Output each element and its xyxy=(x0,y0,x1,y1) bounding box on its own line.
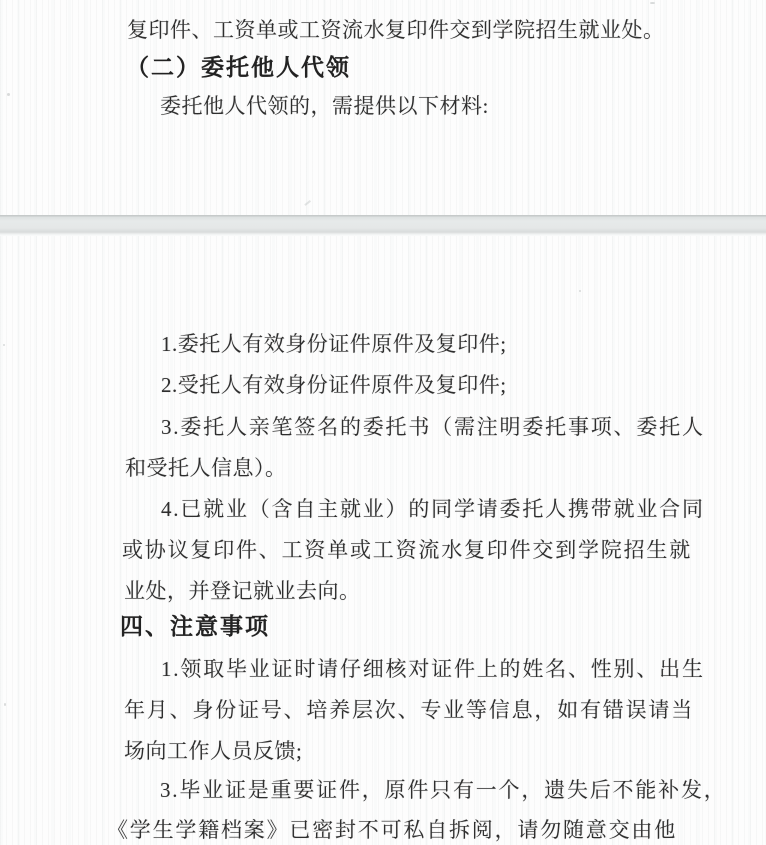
page-break-seam xyxy=(0,215,766,236)
note-1-verify-info-line-3: 场向工作人员反馈; xyxy=(124,737,302,765)
scan-artifact-speck xyxy=(579,290,581,292)
list-item-3-authorization-letter-line-1: 3.委托人亲笔签名的委托书（需注明委托事项、委托人 xyxy=(161,413,705,441)
scan-artifact-smudge xyxy=(650,2,655,4)
list-item-4-employed-students-line-2: 或协议复印件、工资单或工资流水复印件交到学院招生就 xyxy=(122,536,692,564)
note-1-verify-info-line-2: 年月、身份证号、培养层次、专业等信息，如有错误请当 xyxy=(124,696,694,724)
scan-artifact-speck xyxy=(3,344,5,346)
scan-artifact-speck xyxy=(7,93,10,96)
list-item-2-agent-id: 2.受托人有效身份证件原件及复印件; xyxy=(161,371,507,399)
scanned-notice-document: 复印件、工资单或工资流水复印件交到学院招生就业处。 （二）委托他人代领 委托他人… xyxy=(0,0,766,845)
list-item-4-employed-students-line-3: 业处，并登记就业去向。 xyxy=(124,577,361,605)
list-item-1-principal-id: 1.委托人有效身份证件原件及复印件; xyxy=(161,330,507,358)
note-1-verify-info-line-1: 1.领取毕业证时请仔细核对证件上的姓名、性别、出生 xyxy=(161,655,705,683)
note-3-certificate-important-line-2: 《学生学籍档案》已密封不可私自拆阅，请勿随意交由他 xyxy=(107,816,677,844)
note-3-certificate-important-line-1: 3.毕业证是重要证件，原件只有一个，遗失后不能补发， xyxy=(160,776,727,804)
list-item-4-employed-students-line-1: 4.已就业（含自主就业）的同学请委托人携带就业合同 xyxy=(161,495,705,523)
line-employment-materials-continuation: 复印件、工资单或工资流水复印件交到学院招生就业处。 xyxy=(127,16,665,44)
heading-section-4-notes: 四、注意事项 xyxy=(120,612,270,640)
page-lower-fragment: 1.委托人有效身份证件原件及复印件; 2.受托人有效身份证件原件及复印件; 3.… xyxy=(0,236,766,845)
line-proxy-collection-intro: 委托他人代领的，需提供以下材料: xyxy=(160,92,489,120)
heading-section-2-proxy-collection: （二）委托他人代领 xyxy=(126,53,351,81)
page-upper-fragment: 复印件、工资单或工资流水复印件交到学院招生就业处。 （二）委托他人代领 委托他人… xyxy=(0,0,766,216)
list-item-3-authorization-letter-line-2: 和受托人信息）。 xyxy=(125,454,287,482)
scan-artifact-speck xyxy=(4,703,6,706)
